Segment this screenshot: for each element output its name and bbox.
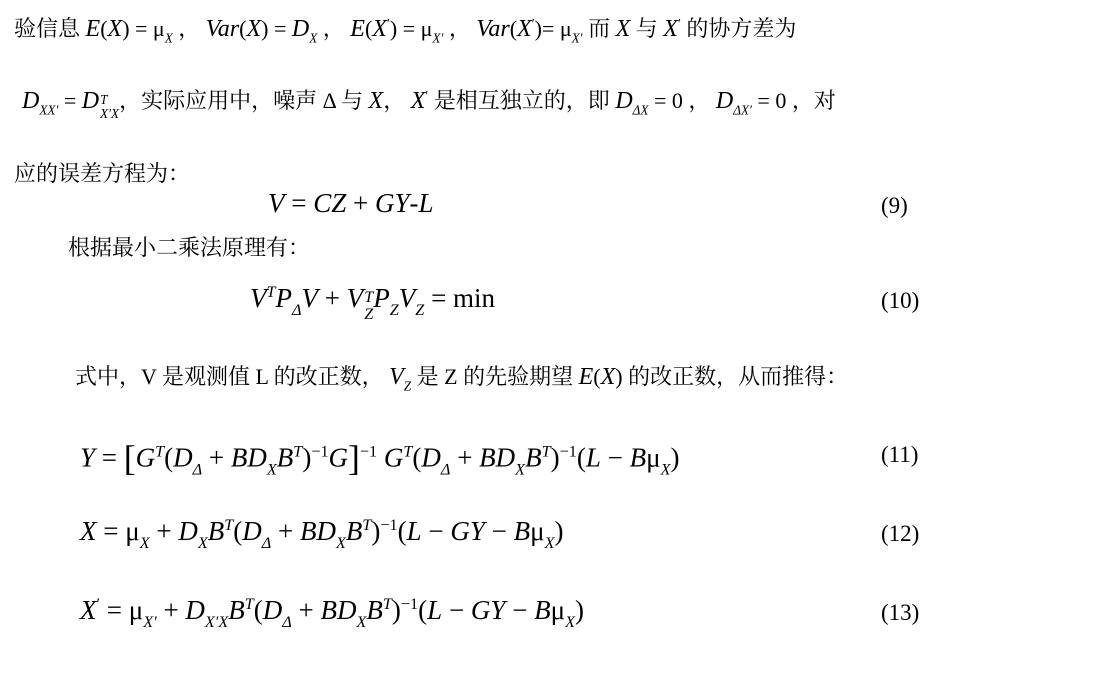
math-variable: D [292, 16, 309, 42]
text-run: + [292, 595, 321, 625]
math-subscript: Δ [282, 613, 292, 631]
math-variable: G [329, 442, 349, 472]
math-variable: B [514, 516, 531, 546]
paragraph-text: 式中，V 是观测值 L 的改正数， VZ 是 Z 的先验期望 E(X) 的改正数… [75, 360, 848, 395]
math-subscript: Δ [262, 534, 272, 552]
math-variable: X [246, 16, 261, 42]
math-subscript: X′ [143, 613, 156, 631]
equation-number: (11) [881, 442, 918, 468]
text-run: = [58, 88, 81, 113]
math-subscript: X [661, 461, 671, 479]
math-variable: BD [479, 442, 515, 472]
math-variable: L [427, 595, 442, 625]
math-subscript: X′ [572, 31, 583, 46]
math-subscript: X [267, 461, 277, 479]
text-run: ( [510, 16, 517, 41]
math-subscript: X [336, 534, 346, 552]
math-subscript: ΔX [633, 103, 649, 118]
text-run: ，实际应用中，噪声 Δ 与 [119, 88, 368, 113]
math-superscript: −1 [360, 442, 377, 460]
math-variable: Y [80, 442, 95, 472]
text-run: 根据最小二乘法原理有： [68, 235, 310, 260]
text-run: − [442, 595, 471, 625]
math-variable: D [173, 442, 193, 472]
equation: VTPΔV + VTZPZVZ = min [250, 283, 495, 323]
math-variable: B [277, 442, 294, 472]
text-run [377, 442, 384, 472]
math-variable: P [276, 283, 293, 313]
math-superscript: −1 [560, 442, 577, 460]
equation-line: V = CZ + GY-L(9) [0, 188, 1106, 219]
math-variable: V [268, 188, 285, 218]
text-run: = [285, 188, 314, 218]
math-variable: V [347, 283, 364, 313]
math-variable: BD [321, 595, 357, 625]
paragraph-line: 应的误差方程为： [0, 157, 1106, 188]
equation-number: (9) [881, 193, 908, 219]
math-variable: D [178, 516, 198, 546]
text-run: 是相互独立的，即 [428, 88, 615, 113]
text-run: 的协方差为 [681, 16, 797, 41]
math-subscript: XX′ [39, 103, 58, 118]
math-variable: D [22, 88, 39, 114]
math-bracket: ] [348, 438, 360, 478]
math-variable: L [419, 188, 434, 218]
math-variable: D [263, 595, 283, 625]
paragraph-text: DXX′ = DTX′X，实际应用中，噪声 Δ 与 X， X′ 是相互独立的，即… [22, 84, 836, 120]
text-run: ( [233, 516, 242, 546]
paragraph-line: DXX′ = DTX′X，实际应用中，噪声 Δ 与 X， X′ 是相互独立的，即… [0, 84, 1106, 120]
math-variable: X [80, 595, 97, 625]
paragraph-line: 根据最小二乘法原理有： [0, 231, 1106, 262]
text-run: ( [398, 516, 407, 546]
math-variable: X [663, 16, 678, 42]
equation-line: X = μX + DXBT(DΔ + BDXBT)−1(L − GY − BμX… [0, 516, 1106, 553]
equation-line: X′ = μX′ + DX′XBT(DΔ + BDXBT)−1(L − GY −… [0, 595, 1106, 632]
math-subscript: X′X [205, 613, 228, 631]
text-run: ( [164, 442, 173, 472]
math-subscript: ΔX′ [733, 103, 752, 118]
math-variable: D [615, 88, 632, 114]
text-run: = [95, 442, 124, 472]
text-run: 式中，V 是观测值 L 的改正数， [75, 364, 389, 389]
text-run: ) [575, 595, 584, 625]
math-variable: X [372, 16, 387, 42]
math-subscript: X [140, 534, 150, 552]
math-variable: V [302, 283, 319, 313]
text-run: ( [593, 364, 600, 389]
math-variable: B [630, 442, 647, 472]
text-run: ( [254, 595, 263, 625]
text-run: − [601, 442, 630, 472]
math-variable: X [411, 88, 426, 114]
math-variable: X [80, 516, 97, 546]
text-run: )= μ [535, 16, 572, 41]
equation-number: (10) [881, 288, 919, 314]
text-run: + [318, 283, 347, 313]
text-run: - [410, 188, 419, 218]
text-run: 与 [630, 16, 663, 41]
math-variable: D [421, 442, 441, 472]
text-run: ( [418, 595, 427, 625]
math-variable: Var [476, 16, 509, 42]
math-subscript: Z [415, 301, 424, 319]
text-run: = μ [97, 516, 140, 546]
math-variable: E [350, 16, 365, 42]
math-subscript: Δ [292, 301, 302, 319]
math-bracket: [ [124, 438, 136, 478]
math-supsub: TX′X [100, 93, 119, 121]
math-subscript: Δ [441, 461, 451, 479]
math-superscript: −1 [380, 516, 397, 534]
text-run: + [346, 188, 375, 218]
text-run: ) [555, 516, 564, 546]
math-variable: X [517, 16, 532, 42]
math-variable: X [369, 88, 384, 114]
math-subscript: Δ [193, 461, 203, 479]
text-run: ) = [261, 16, 292, 41]
math-variable: V [250, 283, 267, 313]
text-run: ) [392, 595, 401, 625]
math-superscript: T [245, 595, 254, 613]
math-variable: BD [231, 442, 267, 472]
math-variable: GY [450, 516, 485, 546]
math-variable: E [86, 16, 101, 42]
text-run: + [150, 516, 179, 546]
math-variable: G [384, 442, 404, 472]
equation-number: (12) [881, 521, 919, 547]
math-subscript: Z [364, 306, 373, 323]
math-subscript: X [198, 534, 208, 552]
paragraph-text: 应的误差方程为： [14, 157, 190, 188]
math-subscript: X [515, 461, 525, 479]
text-run: + [157, 595, 186, 625]
math-superscript: T [100, 93, 119, 107]
math-variable: X [108, 16, 123, 42]
text-run: = μ [100, 595, 143, 625]
text-run: μ [646, 442, 660, 472]
math-superscript: T [364, 289, 373, 306]
text-run: ) = μ [390, 16, 433, 41]
math-variable: B [534, 595, 551, 625]
equation-number: (13) [881, 600, 919, 626]
math-subscript: X′ [432, 31, 443, 46]
text-run: ) [670, 442, 679, 472]
math-superscript: T [267, 283, 276, 301]
math-variable: G [136, 442, 156, 472]
equation: V = CZ + GY-L [268, 188, 434, 219]
math-subscript: Z [390, 301, 399, 319]
math-variable: GY [375, 188, 410, 218]
text-run: 验信息 [14, 16, 86, 41]
text-run: = 0 ， [648, 88, 715, 113]
text-run: + [202, 442, 231, 472]
math-superscript: −1 [311, 442, 328, 460]
math-variable: Var [206, 16, 239, 42]
math-variable: B [228, 595, 245, 625]
math-subscript: X′X [100, 107, 119, 121]
math-variable: D [82, 88, 99, 114]
math-variable: B [208, 516, 225, 546]
equation-line: VTPΔV + VTZPZVZ = min(10) [0, 283, 1106, 323]
math-variable: D [716, 88, 733, 114]
text-run: ， [383, 88, 411, 113]
math-variable: D [185, 595, 205, 625]
math-variable: P [373, 283, 390, 313]
equation-line: Y = [GT(DΔ + BDXBT)−1G]−1 GT(DΔ + BDXBT)… [0, 437, 1106, 480]
text-run: μ [530, 516, 544, 546]
math-superscript: −1 [401, 595, 418, 613]
math-superscript: T [224, 516, 233, 534]
text-run: μ [551, 595, 565, 625]
math-subscript: X [165, 31, 173, 46]
text-run: − [485, 516, 514, 546]
text-run: ， [443, 16, 476, 41]
paragraph-text: 根据最小二乘法原理有： [68, 231, 310, 262]
text-run: = 0 ，对 [752, 88, 836, 113]
text-run: − [505, 595, 534, 625]
text-run: 是 Z 的先验期望 [411, 364, 578, 389]
math-variable: X [616, 16, 631, 42]
text-run: ) 的改正数，从而推得： [615, 364, 848, 389]
math-subscript: X [565, 613, 575, 631]
math-variable: B [366, 595, 383, 625]
text-run: = min [424, 283, 495, 313]
math-variable: B [346, 516, 363, 546]
math-variable: L [407, 516, 422, 546]
text-run: ， [317, 16, 350, 41]
text-run: ) [302, 442, 311, 472]
equation: X′ = μX′ + DX′XBT(DΔ + BDXBT)−1(L − GY −… [80, 595, 584, 632]
equation: Y = [GT(DΔ + BDXBT)−1G]−1 GT(DΔ + BDXBT)… [80, 437, 679, 480]
math-variable: BD [300, 516, 336, 546]
equation: X = μX + DXBT(DΔ + BDXBT)−1(L − GY − BμX… [80, 516, 564, 553]
text-run: ( [577, 442, 586, 472]
text-run: + [271, 516, 300, 546]
math-superscript: T [293, 442, 302, 460]
paragraph-line: 验信息 E(X) = μX ， Var(X) = DX ， E(X′) = μX… [0, 12, 1106, 47]
math-variable: B [525, 442, 542, 472]
text-run: ) [551, 442, 560, 472]
paragraph-text: 验信息 E(X) = μX ， Var(X) = DX ， E(X′) = μX… [14, 12, 796, 47]
text-run: ( [100, 16, 107, 41]
math-variable: CZ [313, 188, 346, 218]
text-run: 而 [583, 16, 616, 41]
text-run: + [450, 442, 479, 472]
math-superscript: T [155, 442, 164, 460]
math-supsub: TZ [364, 289, 373, 323]
text-run: 应的误差方程为： [14, 161, 190, 186]
math-subscript: X [545, 534, 555, 552]
math-variable: L [586, 442, 601, 472]
text-run: ， [173, 16, 206, 41]
paragraph-line: 式中，V 是观测值 L 的改正数， VZ 是 Z 的先验期望 E(X) 的改正数… [0, 360, 1106, 395]
math-variable: V [399, 283, 416, 313]
math-variable: E [579, 364, 594, 390]
math-superscript: T [542, 442, 551, 460]
text-run: − [422, 516, 451, 546]
math-variable: GY [471, 595, 506, 625]
math-variable: X [601, 364, 616, 390]
math-variable: D [242, 516, 262, 546]
math-superscript: T [383, 595, 392, 613]
math-subscript: X [357, 613, 367, 631]
text-run: ) = μ [122, 16, 165, 41]
math-variable: V [389, 364, 404, 390]
